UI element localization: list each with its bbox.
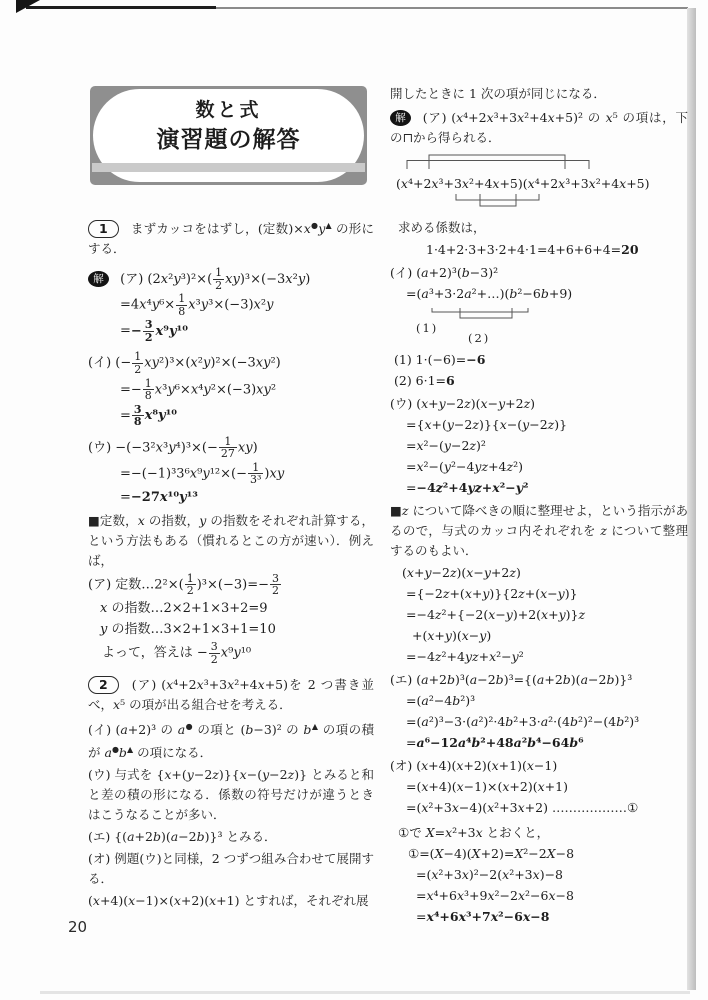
math-line: =(a²−4b²)³ [390, 691, 688, 710]
scan-artifact-top-edge-dark [26, 6, 216, 9]
math-line: (1) 1·(−6)=−6 [390, 350, 688, 369]
top-pairing-brackets [396, 152, 636, 170]
math-line: =(a³+3·2a²+…)(b²−6b+9) [406, 284, 688, 303]
math-line: y の指数…3×2+1×3+1=10 [88, 620, 374, 639]
math-line: =x²−(y²−4yz+4z²) [390, 457, 688, 476]
method-note: ■z について降べきの順に整理せよ，という指示があるので，与式のカッコ内それぞれ… [390, 501, 688, 561]
chapter-title-box: 数と式 演習題の解答 [90, 86, 367, 185]
math-line: =(a²)³−3·(a²)²·4b²+3·a²·(4b²)²−(4b²)³ [390, 712, 688, 731]
coefficient-pairing-diagram: =(a³+3·2a²+…)(b²−6b+9) (1) (2) [406, 284, 688, 348]
solution-line-a-head: 解 (ア) (2x²y³)²×(12xy)³×(−3x²y) [88, 267, 374, 291]
math-line: (オ) (x+4)(x+2)(x+1)(x−1) [390, 756, 688, 775]
scan-artifact-bottom-edge [40, 991, 690, 994]
math-line: x の指数…2×2+1×3+2=9 [88, 599, 374, 618]
hint-line: (ウ) 与式を {x+(y−2z)}{x−(y−2z)} とみると和と差の積の形… [88, 765, 374, 825]
kai-badge: 解 [390, 110, 411, 126]
math-line-answer: =−4z²+4yz+x²−y² [390, 478, 688, 497]
problem-2-badge: 2 [88, 676, 119, 694]
problem-2-intro: 2 (ア) (x⁴+2x³+3x²+4x+5)を 2 つ書き並べ，x⁵ の項が出… [88, 675, 374, 715]
math-line: ①=(X−4)(X+2)=X²−2X−8 [390, 844, 688, 863]
math-line: (2) 6·1=6 [390, 371, 688, 390]
kai-badge: 解 [88, 271, 109, 287]
section-title: 演習題の解答 [157, 124, 301, 156]
scan-artifact-right-edge [687, 8, 696, 990]
math-line-answer: =a⁶−12a⁴b²+48a²b⁴−64b⁶ [390, 733, 688, 752]
hint-line: (エ) {(a+2b)(a−2b)}³ とみる． [88, 827, 374, 847]
problem-1-text: まずカッコをはずし，(定数)×x●y▲ の形にする． [88, 221, 374, 256]
textbook-page: 数と式 演習題の解答 1 まずカッコをはずし，(定数)×x●y▲ の形にする． … [0, 0, 708, 1000]
math-line: =x⁴+6x³+9x²−2x²−6x−8 [390, 886, 688, 905]
math-line: =−(−1)³3⁶x⁹y¹²×(−13³)xy [88, 462, 374, 486]
math-line: =x²−(y−2z)² [390, 436, 688, 455]
math-line: =−4z²+{−2(x−y)+2(x+y)}z [390, 605, 688, 624]
pairing-connectors [406, 307, 606, 320]
solution-2-text: (ア) (x⁴+2x³+3x²+4x+5)² の x⁵ の項は，下の⊓から得られ… [390, 110, 688, 145]
math-line-answer: =−27x¹⁰y¹³ [88, 488, 374, 507]
right-column: 開したときに 1 次の項が同じになる． 解 (ア) (x⁴+2x³+3x²+4x… [390, 84, 688, 928]
math-line: (イ) (−12xy²)³×(x²y)²×(−3xy²) [88, 351, 374, 375]
chapter-title: 数と式 [195, 96, 261, 124]
math-line-answer: =−32x⁹y¹⁰ [88, 319, 374, 343]
hint-line: (オ) 例題(ウ)と同様，2 つずつ組み合わせて展開する． [88, 849, 374, 889]
math-line-answer: =x⁴+6x³+7x²−6x−8 [390, 907, 688, 926]
math-line: (x+y−2z)(x−y+2z) [390, 563, 688, 582]
problem-2-text: (ア) (x⁴+2x³+3x²+4x+5)を 2 つ書き並べ，x⁵ の項が出る組… [88, 677, 374, 712]
coefficient-sum: 1·4+2·3+3·2+4·1=4+6+6+4=20 [390, 240, 688, 259]
math-line: (ア) 定数…2²×(12)³×(−3)=−32 [88, 573, 374, 597]
bottom-pairing-brackets [396, 193, 636, 209]
expansion-bracket-diagram: (x⁴+2x³+3x²+4x+5)(x⁴+2x³+3x²+4x+5) [396, 152, 688, 213]
math-line: よって，答えは −32x⁹y¹⁰ [88, 641, 374, 665]
solution-2-head: 解 (ア) (x⁴+2x³+3x²+4x+5)² の x⁵ の項は，下の⊓から得… [390, 108, 688, 148]
math-line: =(x²+3x)²−2(x²+3x)−8 [390, 865, 688, 884]
hint-line: (イ) (a+2)³ の a● の項と (b−3)² の b▲ の項の積が a●… [88, 717, 374, 763]
math-line: (ア) (2x²y³)²×(12xy)³×(−3x²y) [120, 272, 310, 287]
math-line: ={−2z+(x+y)}{2z+(x−y)} [390, 584, 688, 603]
problem-1-intro: 1 まずカッコをはずし，(定数)×x●y▲ の形にする． [88, 216, 374, 259]
math-line: +(x+y)(x−y) [390, 626, 688, 645]
math-line: (イ) (a+2)³(b−3)² [390, 263, 688, 282]
math-line: =−4z²+4yz+x²−y² [390, 647, 688, 666]
math-line: ={x+(y−2z)}{x−(y−2z)} [390, 415, 688, 434]
problem-1-badge: 1 [88, 220, 119, 238]
coefficient-intro: 求める係数は， [390, 218, 688, 238]
scan-artifact-corner-mark [16, 0, 40, 13]
method-note: ■定数，x の指数，y の指数をそれぞれ計算する，という方法もある（慣れるとこの… [88, 511, 374, 571]
math-line: ①で X=x²+3x とおくと， [390, 823, 688, 842]
left-column: 1 まずカッコをはずし，(定数)×x●y▲ の形にする． 解 (ア) (2x²y… [88, 216, 374, 913]
math-line: =(x²+3x−4)(x²+3x+2) ………………① [390, 798, 688, 817]
math-line: (ウ) −(−3²x³y⁴)³×(−127xy) [88, 436, 374, 460]
pair-label-1: (1) [416, 321, 438, 335]
math-line: =4x⁴y⁶×18x³y³×(−3)x²y [88, 293, 374, 317]
hint-line: (x+4)(x−1)×(x+2)(x+1) とすれば，それぞれ展 [88, 891, 374, 911]
math-line: (エ) (a+2b)³(a−2b)³={(a+2b)(a−2b)}³ [390, 670, 688, 689]
diagram-expression: (x⁴+2x³+3x²+4x+5)(x⁴+2x³+3x²+4x+5) [396, 174, 688, 193]
math-line: =(x+4)(x−1)×(x+2)(x+1) [390, 777, 688, 796]
continuation-line: 開したときに 1 次の項が同じになる． [390, 84, 688, 104]
math-line: (ウ) (x+y−2z)(x−y+2z) [390, 394, 688, 413]
math-line: =−18x³y⁶×x⁴y²×(−3)xy² [88, 378, 374, 402]
pair-label-2: (2) [468, 331, 490, 345]
math-line-answer: =38x⁸y¹⁰ [88, 404, 374, 428]
page-number: 20 [68, 918, 87, 936]
